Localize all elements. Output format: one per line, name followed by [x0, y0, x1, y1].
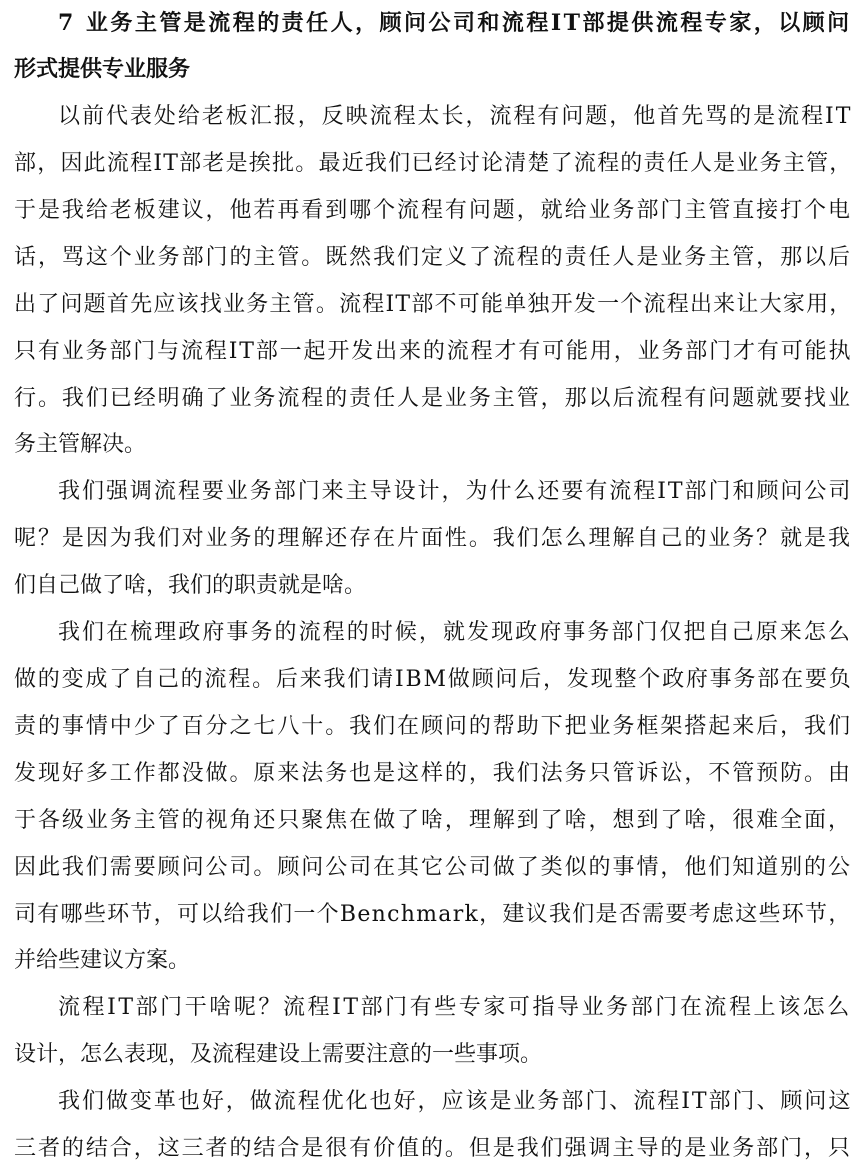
paragraph-5-line: 我们做变革也好，做流程优化也好，应该是业务部门、流程IT部门、顾问这: [14, 1078, 852, 1125]
paragraph-3-line: 于各级业务主管的视角还只聚焦在做了啥，理解到了啥，想到了啥，很难全面，: [14, 797, 852, 844]
section-heading-line-1: 7 业务主管是流程的责任人，顾问公司和流程IT部提供流程专家，以顾问: [14, 0, 852, 47]
paragraph-2-line: 们自己做了啥，我们的职责就是啥。: [14, 562, 366, 609]
paragraph-1-line: 务主管解决。: [14, 421, 146, 468]
paragraph-1-line: 行。我们已经明确了业务流程的责任人是业务主管，那以后流程有问题就要找业: [14, 375, 852, 422]
paragraph-4-line: 设计，怎么表现，及流程建设上需要注意的一些事项。: [14, 1031, 542, 1078]
paragraph-1-line: 出了问题首先应该找业务主管。流程IT部不可能单独开发一个流程出来让大家用，: [14, 281, 853, 328]
paragraph-3-line: 我们在梳理政府事务的流程的时候，就发现政府事务部门仅把自己原来怎么: [14, 609, 852, 656]
paragraph-1-line: 话，骂这个业务部门的主管。既然我们定义了流程的责任人是业务主管，那以后: [14, 234, 852, 281]
paragraph-4-line: 流程IT部门干啥呢？流程IT部门有些专家可指导业务部门在流程上该怎么: [14, 984, 852, 1031]
paragraph-5-line: 三者的结合，这三者的结合是很有价值的。但是我们强调主导的是业务部门，只: [14, 1125, 852, 1172]
paragraph-2-line: 我们强调流程要业务部门来主导设计，为什么还要有流程IT部门和顾问公司: [14, 468, 852, 515]
paragraph-3-line: 并给些建议方案。: [14, 937, 190, 984]
paragraph-2-line: 呢？是因为我们对业务的理解还存在片面性。我们怎么理解自己的业务？就是我: [14, 515, 852, 562]
paragraph-3-line: 因此我们需要顾问公司。顾问公司在其它公司做了类似的事情，他们知道别的公: [14, 844, 852, 891]
paragraph-3-line: 发现好多工作都没做。原来法务也是这样的，我们法务只管诉讼，不管预防。由: [14, 750, 852, 797]
paragraph-3-line: 做的变成了自己的流程。后来我们请IBM做顾问后，发现整个政府事务部在要负: [14, 656, 853, 703]
paragraph-1-line: 以前代表处给老板汇报，反映流程太长，流程有问题，他首先骂的是流程IT: [14, 93, 852, 140]
paragraph-3-line: 责的事情中少了百分之七八十。我们在顾问的帮助下把业务框架搭起来后，我们: [14, 703, 852, 750]
paragraph-1-line: 部，因此流程IT部老是挨批。最近我们已经讨论清楚了流程的责任人是业务主管，: [14, 140, 853, 187]
section-heading-line-2: 形式提供专业服务: [14, 46, 190, 93]
paragraph-1-line: 于是我给老板建议，他若再看到哪个流程有问题，就给业务部门主管直接打个电: [14, 187, 852, 234]
paragraph-3-line: 司有哪些环节，可以给我们一个Benchmark，建议我们是否需要考虑这些环节，: [14, 891, 852, 938]
paragraph-1-line: 只有业务部门与流程IT部一起开发出来的流程才有可能用，业务部门才有可能执: [14, 328, 852, 375]
